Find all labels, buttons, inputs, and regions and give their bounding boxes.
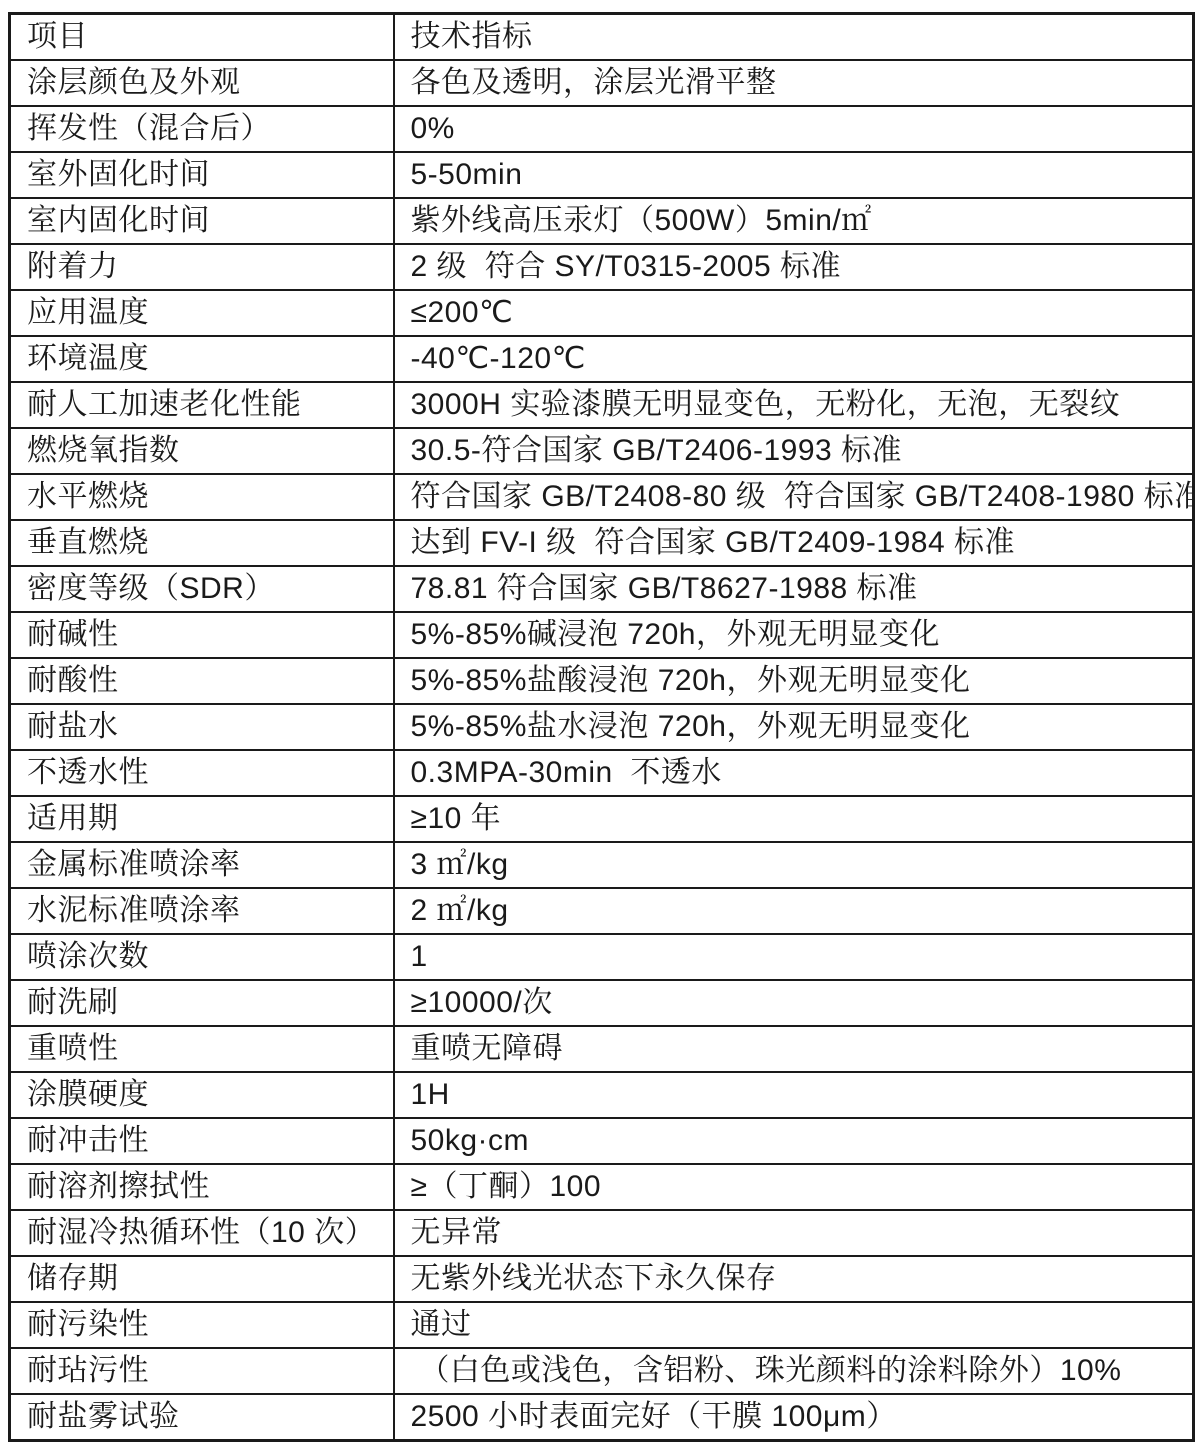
item-cell: 重喷性 (10, 1026, 394, 1072)
item-cell: 耐洗刷 (10, 980, 394, 1026)
spec-table: 项目 技术指标 涂层颜色及外观 各色及透明，涂层光滑平整 挥发性（混合后） 0%… (8, 12, 1195, 1442)
header-value-cell: 技术指标 (394, 14, 1194, 61)
table-row: 垂直燃烧 达到 FV-I 级 符合国家 GB/T2409-1984 标准 (10, 520, 1194, 566)
value-cell: -40℃-120℃ (394, 336, 1194, 382)
value-cell: 50kg·cm (394, 1118, 1194, 1164)
table-row: 燃烧氧指数 30.5-符合国家 GB/T2406-1993 标准 (10, 428, 1194, 474)
item-cell: 垂直燃烧 (10, 520, 394, 566)
value-cell: 2 级 符合 SY/T0315-2005 标准 (394, 244, 1194, 290)
table-row: 密度等级（SDR） 78.81 符合国家 GB/T8627-1988 标准 (10, 566, 1194, 612)
item-cell: 水平燃烧 (10, 474, 394, 520)
value-cell: 达到 FV-I 级 符合国家 GB/T2409-1984 标准 (394, 520, 1194, 566)
value-cell: ≥10000/次 (394, 980, 1194, 1026)
value-cell: 重喷无障碍 (394, 1026, 1194, 1072)
table-row: 涂层颜色及外观 各色及透明，涂层光滑平整 (10, 60, 1194, 106)
item-cell: 室外固化时间 (10, 152, 394, 198)
value-cell: 符合国家 GB/T2408-80 级 符合国家 GB/T2408-1980 标准 (394, 474, 1194, 520)
value-cell: 紫外线高压汞灯（500W）5min/㎡ (394, 198, 1194, 244)
spec-table-body: 项目 技术指标 涂层颜色及外观 各色及透明，涂层光滑平整 挥发性（混合后） 0%… (10, 14, 1194, 1441)
item-cell: 不透水性 (10, 750, 394, 796)
value-cell: 无异常 (394, 1210, 1194, 1256)
item-cell: 金属标准喷涂率 (10, 842, 394, 888)
value-cell: 78.81 符合国家 GB/T8627-1988 标准 (394, 566, 1194, 612)
item-cell: 耐污染性 (10, 1302, 394, 1348)
table-row: 环境温度 -40℃-120℃ (10, 336, 1194, 382)
table-row: 耐溶剂擦拭性 ≥（丁酮）100 (10, 1164, 1194, 1210)
value-cell: 通过 (394, 1302, 1194, 1348)
item-cell: 耐盐雾试验 (10, 1394, 394, 1441)
value-cell: 1H (394, 1072, 1194, 1118)
table-row: 重喷性 重喷无障碍 (10, 1026, 1194, 1072)
value-cell: 5%-85%盐水浸泡 720h，外观无明显变化 (394, 704, 1194, 750)
item-cell: 喷涂次数 (10, 934, 394, 980)
value-cell: 5%-85%碱浸泡 720h，外观无明显变化 (394, 612, 1194, 658)
page: 项目 技术指标 涂层颜色及外观 各色及透明，涂层光滑平整 挥发性（混合后） 0%… (0, 0, 1200, 1451)
table-row: 附着力 2 级 符合 SY/T0315-2005 标准 (10, 244, 1194, 290)
item-cell: 耐盐水 (10, 704, 394, 750)
table-row: 储存期 无紫外线光状态下永久保存 (10, 1256, 1194, 1302)
value-cell: ≥10 年 (394, 796, 1194, 842)
table-row: 耐冲击性 50kg·cm (10, 1118, 1194, 1164)
value-cell: 2500 小时表面完好（干膜 100μm） (394, 1394, 1194, 1441)
item-cell: 耐湿冷热循环性（10 次） (10, 1210, 394, 1256)
item-cell: 耐碱性 (10, 612, 394, 658)
table-row: 涂膜硬度 1H (10, 1072, 1194, 1118)
item-cell: 储存期 (10, 1256, 394, 1302)
item-cell: 耐酸性 (10, 658, 394, 704)
header-item-cell: 项目 (10, 14, 394, 61)
table-row: 耐酸性 5%-85%盐酸浸泡 720h，外观无明显变化 (10, 658, 1194, 704)
item-cell: 涂层颜色及外观 (10, 60, 394, 106)
table-row: 耐湿冷热循环性（10 次） 无异常 (10, 1210, 1194, 1256)
table-row: 室内固化时间 紫外线高压汞灯（500W）5min/㎡ (10, 198, 1194, 244)
table-row: 耐洗刷 ≥10000/次 (10, 980, 1194, 1026)
item-cell: 耐人工加速老化性能 (10, 382, 394, 428)
item-cell: 适用期 (10, 796, 394, 842)
table-row: 金属标准喷涂率 3 ㎡/kg (10, 842, 1194, 888)
item-cell: 密度等级（SDR） (10, 566, 394, 612)
item-cell: 附着力 (10, 244, 394, 290)
item-cell: 涂膜硬度 (10, 1072, 394, 1118)
item-cell: 燃烧氧指数 (10, 428, 394, 474)
table-row: 耐人工加速老化性能 3000H 实验漆膜无明显变色，无粉化，无泡，无裂纹 (10, 382, 1194, 428)
table-row: 室外固化时间 5-50min (10, 152, 1194, 198)
value-cell: ≤200℃ (394, 290, 1194, 336)
item-cell: 室内固化时间 (10, 198, 394, 244)
table-row: 水平燃烧 符合国家 GB/T2408-80 级 符合国家 GB/T2408-19… (10, 474, 1194, 520)
item-cell: 耐溶剂擦拭性 (10, 1164, 394, 1210)
table-row: 适用期 ≥10 年 (10, 796, 1194, 842)
item-cell: 耐冲击性 (10, 1118, 394, 1164)
table-row: 耐污染性 通过 (10, 1302, 1194, 1348)
value-cell: 3 ㎡/kg (394, 842, 1194, 888)
value-cell: ≥（丁酮）100 (394, 1164, 1194, 1210)
value-cell: 0.3MPA-30min 不透水 (394, 750, 1194, 796)
item-cell: 应用温度 (10, 290, 394, 336)
value-cell: 1 (394, 934, 1194, 980)
value-cell: 3000H 实验漆膜无明显变色，无粉化，无泡，无裂纹 (394, 382, 1194, 428)
value-cell: 5%-85%盐酸浸泡 720h，外观无明显变化 (394, 658, 1194, 704)
item-cell: 耐玷污性 (10, 1348, 394, 1394)
item-cell: 挥发性（混合后） (10, 106, 394, 152)
value-cell: （白色或浅色，含铝粉、珠光颜料的涂料除外）10% (394, 1348, 1194, 1394)
table-row: 耐碱性 5%-85%碱浸泡 720h，外观无明显变化 (10, 612, 1194, 658)
value-cell: 30.5-符合国家 GB/T2406-1993 标准 (394, 428, 1194, 474)
table-row: 不透水性 0.3MPA-30min 不透水 (10, 750, 1194, 796)
header-row: 项目 技术指标 (10, 14, 1194, 61)
table-row: 耐盐水 5%-85%盐水浸泡 720h，外观无明显变化 (10, 704, 1194, 750)
value-cell: 无紫外线光状态下永久保存 (394, 1256, 1194, 1302)
item-cell: 环境温度 (10, 336, 394, 382)
table-row: 耐盐雾试验 2500 小时表面完好（干膜 100μm） (10, 1394, 1194, 1441)
item-cell: 水泥标准喷涂率 (10, 888, 394, 934)
value-cell: 5-50min (394, 152, 1194, 198)
value-cell: 2 ㎡/kg (394, 888, 1194, 934)
value-cell: 0% (394, 106, 1194, 152)
table-row: 应用温度 ≤200℃ (10, 290, 1194, 336)
table-row: 挥发性（混合后） 0% (10, 106, 1194, 152)
value-cell: 各色及透明，涂层光滑平整 (394, 60, 1194, 106)
table-row: 水泥标准喷涂率 2 ㎡/kg (10, 888, 1194, 934)
table-row: 耐玷污性 （白色或浅色，含铝粉、珠光颜料的涂料除外）10% (10, 1348, 1194, 1394)
table-row: 喷涂次数 1 (10, 934, 1194, 980)
